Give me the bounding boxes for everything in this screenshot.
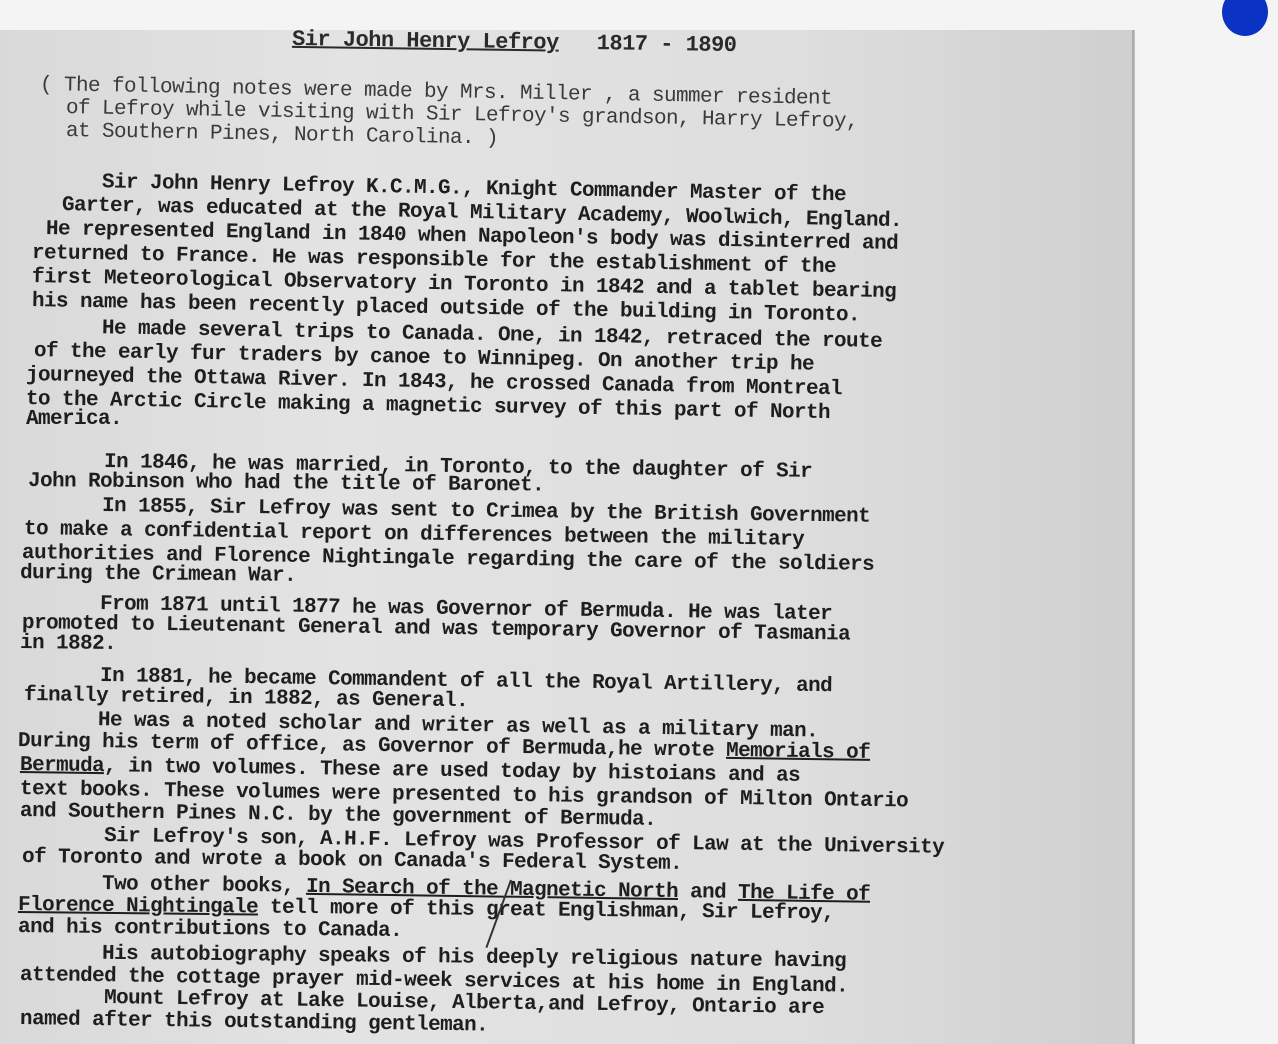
body-line: during the Crimean War.: [20, 562, 296, 588]
page-edge: [1132, 30, 1135, 1044]
blue-marker-dot: [1222, 0, 1268, 36]
title-name: Sir John Henry Lefroy: [292, 27, 559, 56]
body-line: America.: [26, 408, 122, 431]
title-dates: 1817 - 1890: [597, 31, 737, 58]
body-line: and his contributions to Canada.: [18, 916, 402, 943]
body-line: in 1882.: [20, 632, 116, 656]
body-line: John Robinson who had the title of Baron…: [28, 470, 544, 498]
